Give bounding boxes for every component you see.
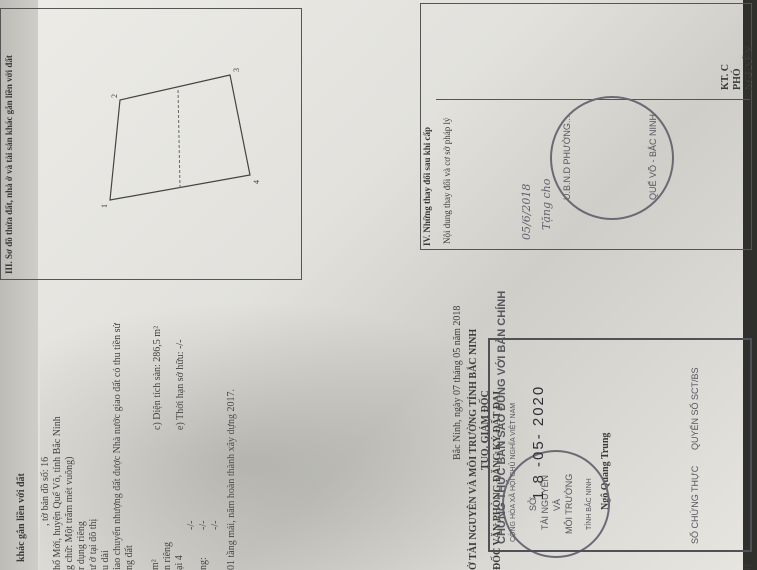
dash-2: -/- <box>198 521 209 530</box>
ownership-term: e) Thời hạn sở hữu: -/- <box>175 339 186 430</box>
house-note: 01 tầng mái, năm hoàn thành xây dựng 201… <box>226 389 237 570</box>
page-flipped: khác gắn liền với đất , tờ bản đồ số: 16… <box>0 0 757 570</box>
origin-line-2: ng đất <box>124 545 135 570</box>
address-line: hố Mới, huyện Quế Võ, tỉnh Bắc Ninh <box>52 416 63 570</box>
map-sheet-line: , tờ bản đồ số: 16 <box>40 457 51 526</box>
area-words-line: g chữ: Một trăm mét vuông) <box>64 457 75 570</box>
page-number: 8 <box>740 564 755 570</box>
ward-round-seal: U.B.N.D PHƯỜNG... QUẾ VÕ - BẮC NINH <box>550 96 674 220</box>
parcel-point-2: 2 <box>110 94 119 98</box>
use-form-line: r dụng riêng <box>76 521 87 570</box>
section-iv-sign-kt: KT. C <box>720 64 731 90</box>
house-area-unit: m² <box>150 559 161 570</box>
parcel-point-4: 4 <box>252 180 261 184</box>
sign-place-date: Bắc Ninh, ngày 07 tháng 05 năm 2018 <box>452 306 463 460</box>
section-iv-col1-header: Nội dung thay đổi và cơ sở pháp lý <box>442 117 452 244</box>
house-grade: ại 4 <box>174 555 185 570</box>
parcel-point-3: 3 <box>232 68 241 72</box>
ward-seal-bottom: QUẾ VÕ - BẮC NINH <box>648 114 658 200</box>
certify-date: 1 8 -05- 2020 <box>530 385 547 500</box>
rotated-page-content: khác gắn liền với đất , tờ bản đồ số: 16… <box>0 0 757 570</box>
origin-line: iao chuyển nhượng đất được Nhà nước giao… <box>112 323 123 570</box>
certify-title: CHỨNG THỰC BẢN SAO ĐÚNG VỚI BẢN CHÍNH <box>496 291 508 544</box>
dash-3: -/- <box>210 521 221 530</box>
section-ii-header: khác gắn liền với đất <box>16 473 27 562</box>
section-iv-title: IV. Những thay đổi sau khi cấp <box>422 127 432 246</box>
handwritten-note: Tặng cho <box>540 179 553 230</box>
house-floors: ng: <box>198 557 209 570</box>
dash-1: -/- <box>186 521 197 530</box>
certify-book-label: QUYỂN SỐ <box>690 402 700 450</box>
issuer-line-1: Ở TÀI NGUYÊN VÀ MÔI TRƯỜNG TỈNH BẮC NINH <box>468 329 479 570</box>
floor-area: c) Diện tích sàn: 286,5 m² <box>152 326 163 430</box>
ward-seal-top: U.B.N.D PHƯỜNG... <box>562 116 572 200</box>
term-line: u dài <box>100 550 111 570</box>
section-iv-sign-name: NGUYỄN <box>744 47 755 90</box>
house-ownership: n riêng <box>162 542 173 570</box>
certify-no-label: SỐ CHỨNG THỰC <box>690 466 700 544</box>
parcel-diagram <box>0 10 300 280</box>
handwritten-date: 05/6/2018 <box>520 184 533 240</box>
land-purpose-line: ư ở tại đô thị <box>88 519 99 570</box>
certified-copy-stamp: CHỨNG THỰC BẢN SAO ĐÚNG VỚI BẢN CHÍNH 1 … <box>488 338 752 552</box>
parcel-point-1: 1 <box>100 204 109 208</box>
section-iv-sign-pho: PHÓ <box>732 68 743 90</box>
certify-book-suffix: SCT/BS <box>690 367 700 400</box>
